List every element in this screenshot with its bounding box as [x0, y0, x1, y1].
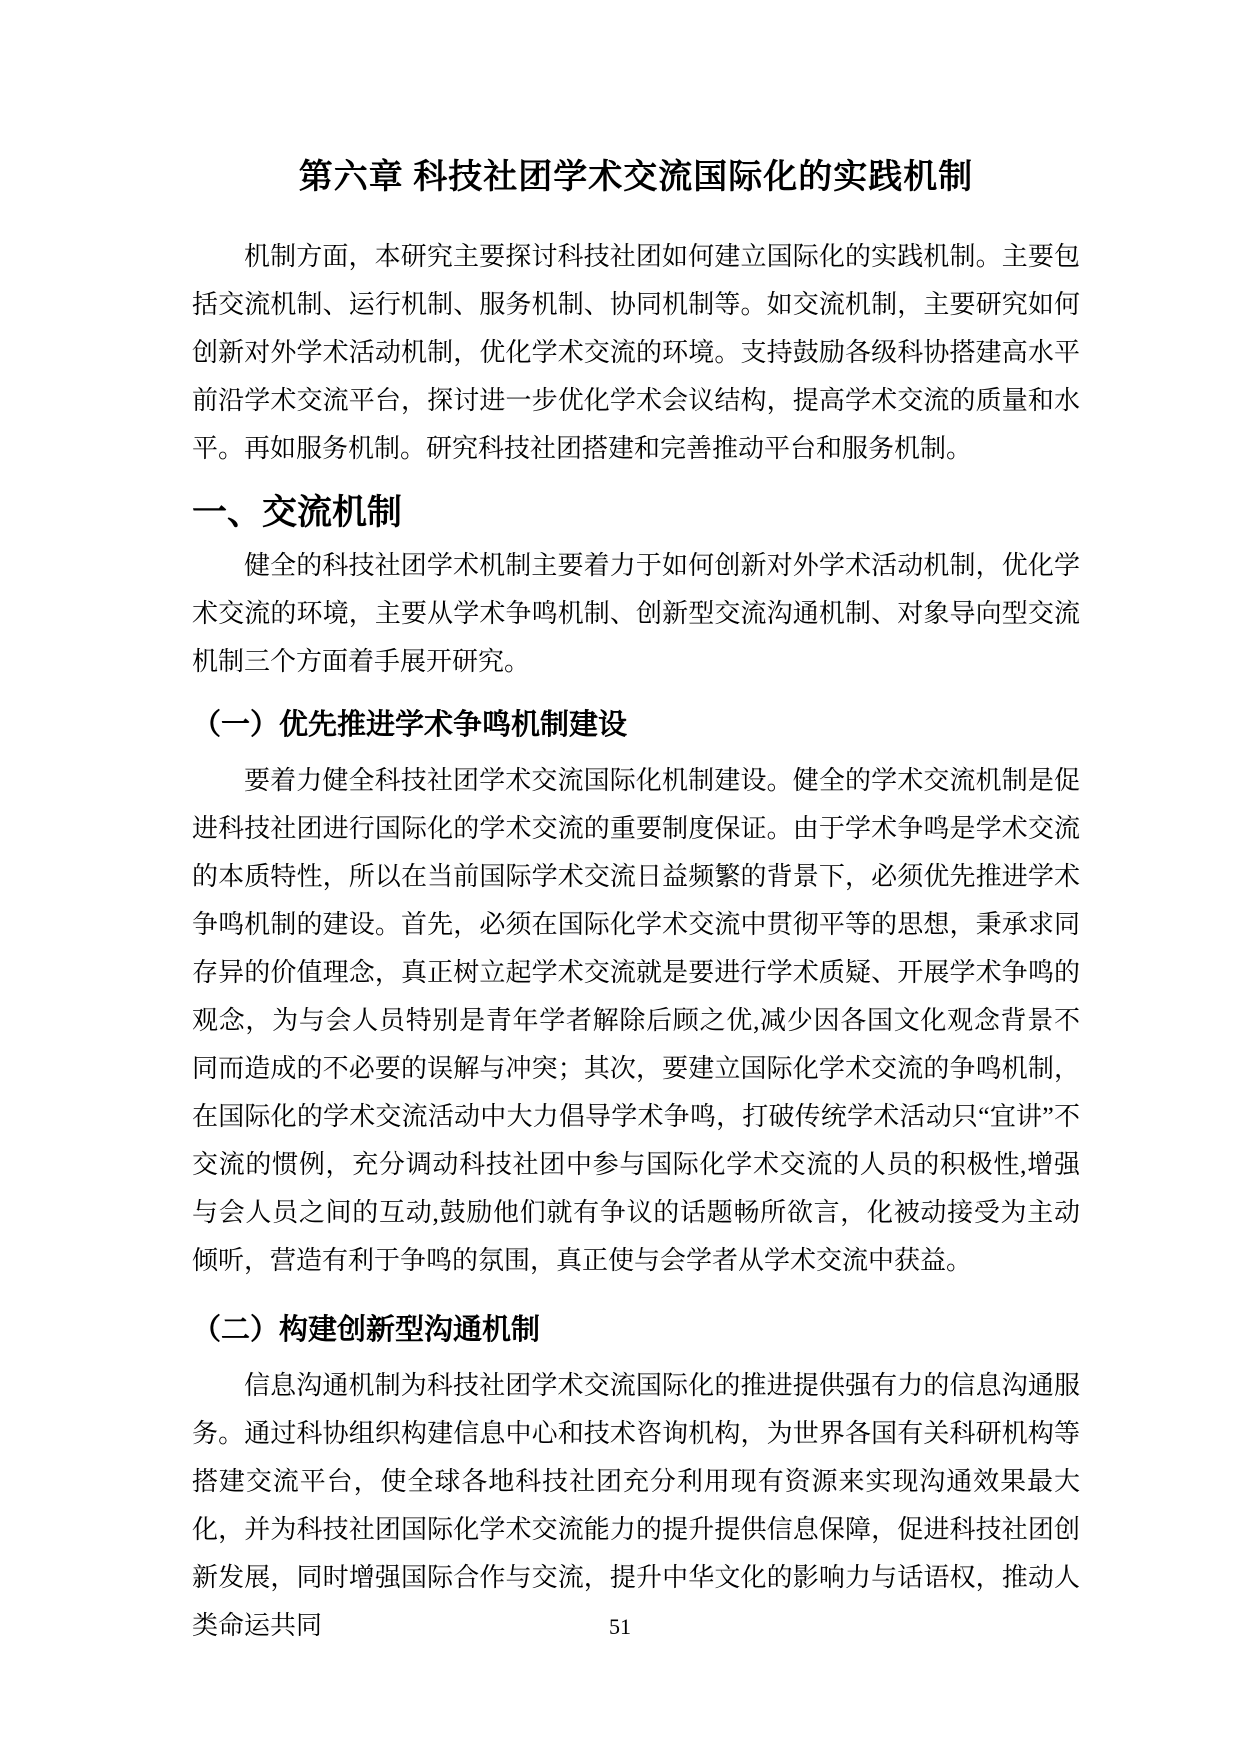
chapter-title: 第六章 科技社团学术交流国际化的实践机制 [192, 155, 1080, 201]
subsection-heading-innovative-channel: （二）构建创新型沟通机制 [192, 1309, 1080, 1351]
subsection-heading-academic-contention: （一）优先推进学术争鸣机制建设 [192, 704, 1080, 746]
intro-paragraph: 机制方面，本研究主要探讨科技社团如何建立国际化的实践机制。主要包括交流机制、运行… [192, 233, 1080, 473]
document-page: 第六章 科技社团学术交流国际化的实践机制 机制方面，本研究主要探讨科技社团如何建… [0, 0, 1240, 1753]
section-communication-paragraph: 健全的科技社团学术机制主要着力于如何创新对外学术活动机制，优化学术交流的环境，主… [192, 542, 1080, 686]
subsection-innovative-channel-paragraph: 信息沟通机制为科技社团学术交流国际化的推进提供强有力的信息沟通服务。通过科协组织… [192, 1362, 1080, 1650]
section-heading-communication-mechanism: 一、交流机制 [192, 490, 1080, 536]
subsection-contention-paragraph: 要着力健全科技社团学术交流国际化机制建设。健全的学术交流机制是促进科技社团进行国… [192, 757, 1080, 1285]
page-number: 51 [0, 1612, 1240, 1642]
page-content: 第六章 科技社团学术交流国际化的实践机制 机制方面，本研究主要探讨科技社团如何建… [0, 0, 1240, 1650]
